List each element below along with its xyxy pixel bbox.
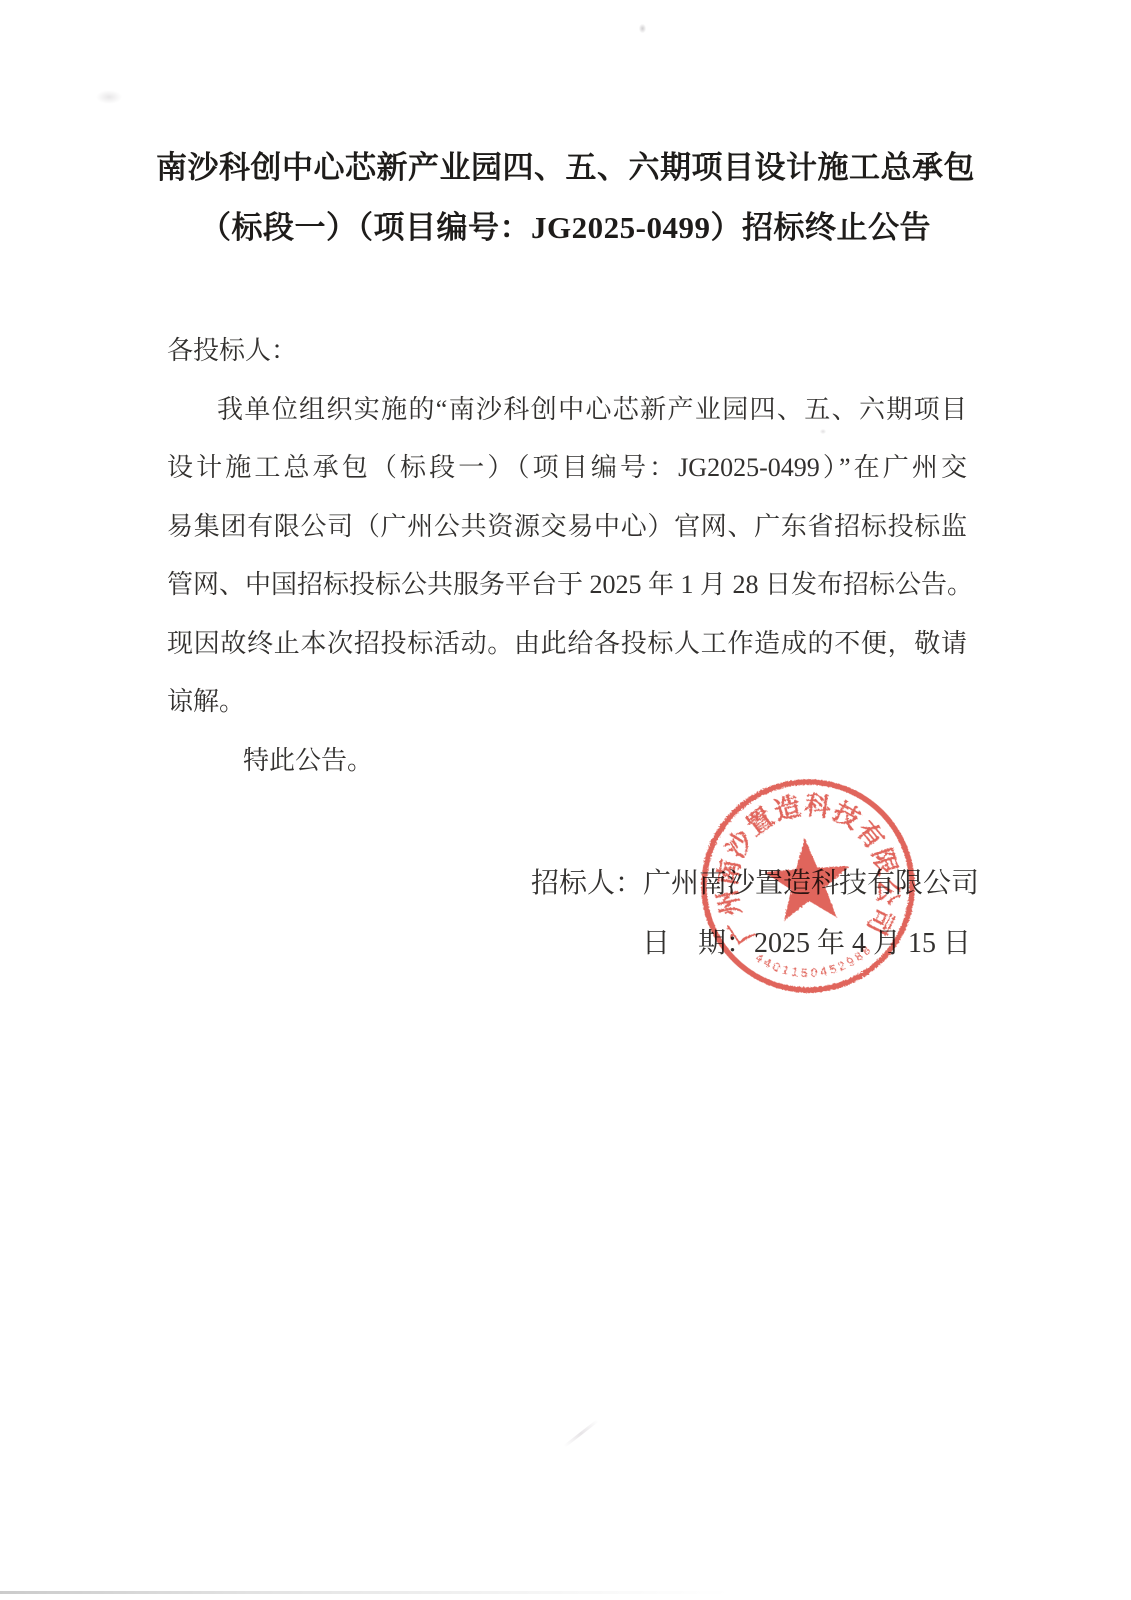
seal-company-char: 南 (713, 857, 746, 887)
document-page: 南沙科创中心芯新产业园四、五、六期项目设计施工总承包 （标段一）（项目编号：JG… (0, 0, 1131, 1600)
company-seal: 广州南沙置造科技有限公司4401150452988 (691, 769, 926, 1004)
body-line-2: 设计施工总承包（标段一）（项目编号：JG2025-0499）”在广州交 (167, 439, 967, 498)
seal-company-char: 造 (771, 791, 804, 826)
seal-company-char: 科 (803, 791, 833, 823)
seal-number-digit: 1 (791, 965, 800, 980)
seal-graphic: 广州南沙置造科技有限公司4401150452988 (691, 769, 926, 1004)
seal-number-digit: 1 (780, 962, 790, 977)
seal-number-digit: 4 (819, 964, 828, 979)
body-line-4: 管网、中国招标投标公共服务平台于 2025 年 1 月 28 日发布招标公告。 (167, 556, 967, 615)
body-line-6: 谅解。 (167, 673, 967, 732)
body-line-5: 现因故终止本次招投标活动。由此给各投标人工作造成的不便，敬请 (167, 615, 967, 674)
body-line-1: 我单位组织实施的“南沙科创中心芯新产业园四、五、六期项目 (167, 381, 967, 440)
scan-edge-line (0, 1591, 730, 1594)
seal-company-char: 州 (713, 887, 747, 919)
salutation: 各投标人： (167, 322, 967, 381)
title-line-2: （标段一）（项目编号：JG2025-0499）招标终止公告 (0, 198, 1131, 258)
seal-number-digit: 5 (801, 966, 809, 980)
document-body: 各投标人： 我单位组织实施的“南沙科创中心芯新产业园四、五、六期项目 设计施工总… (167, 322, 967, 790)
scan-artifact (639, 24, 646, 33)
body-line-3: 易集团有限公司（广州公共资源交易中心）官网、广东省招标投标监 (167, 498, 967, 557)
seal-star (762, 835, 853, 922)
seal-number-digit: 0 (810, 966, 818, 980)
scan-artifact (96, 90, 122, 104)
title-line-1: 南沙科创中心芯新产业园四、五、六期项目设计施工总承包 (0, 138, 1131, 198)
seal-company-char: 司 (861, 903, 898, 939)
scan-artifact (564, 1419, 599, 1447)
document-title: 南沙科创中心芯新产业园四、五、六期项目设计施工总承包 （标段一）（项目编号：JG… (0, 138, 1131, 258)
seal-company-char: 公 (872, 878, 903, 906)
